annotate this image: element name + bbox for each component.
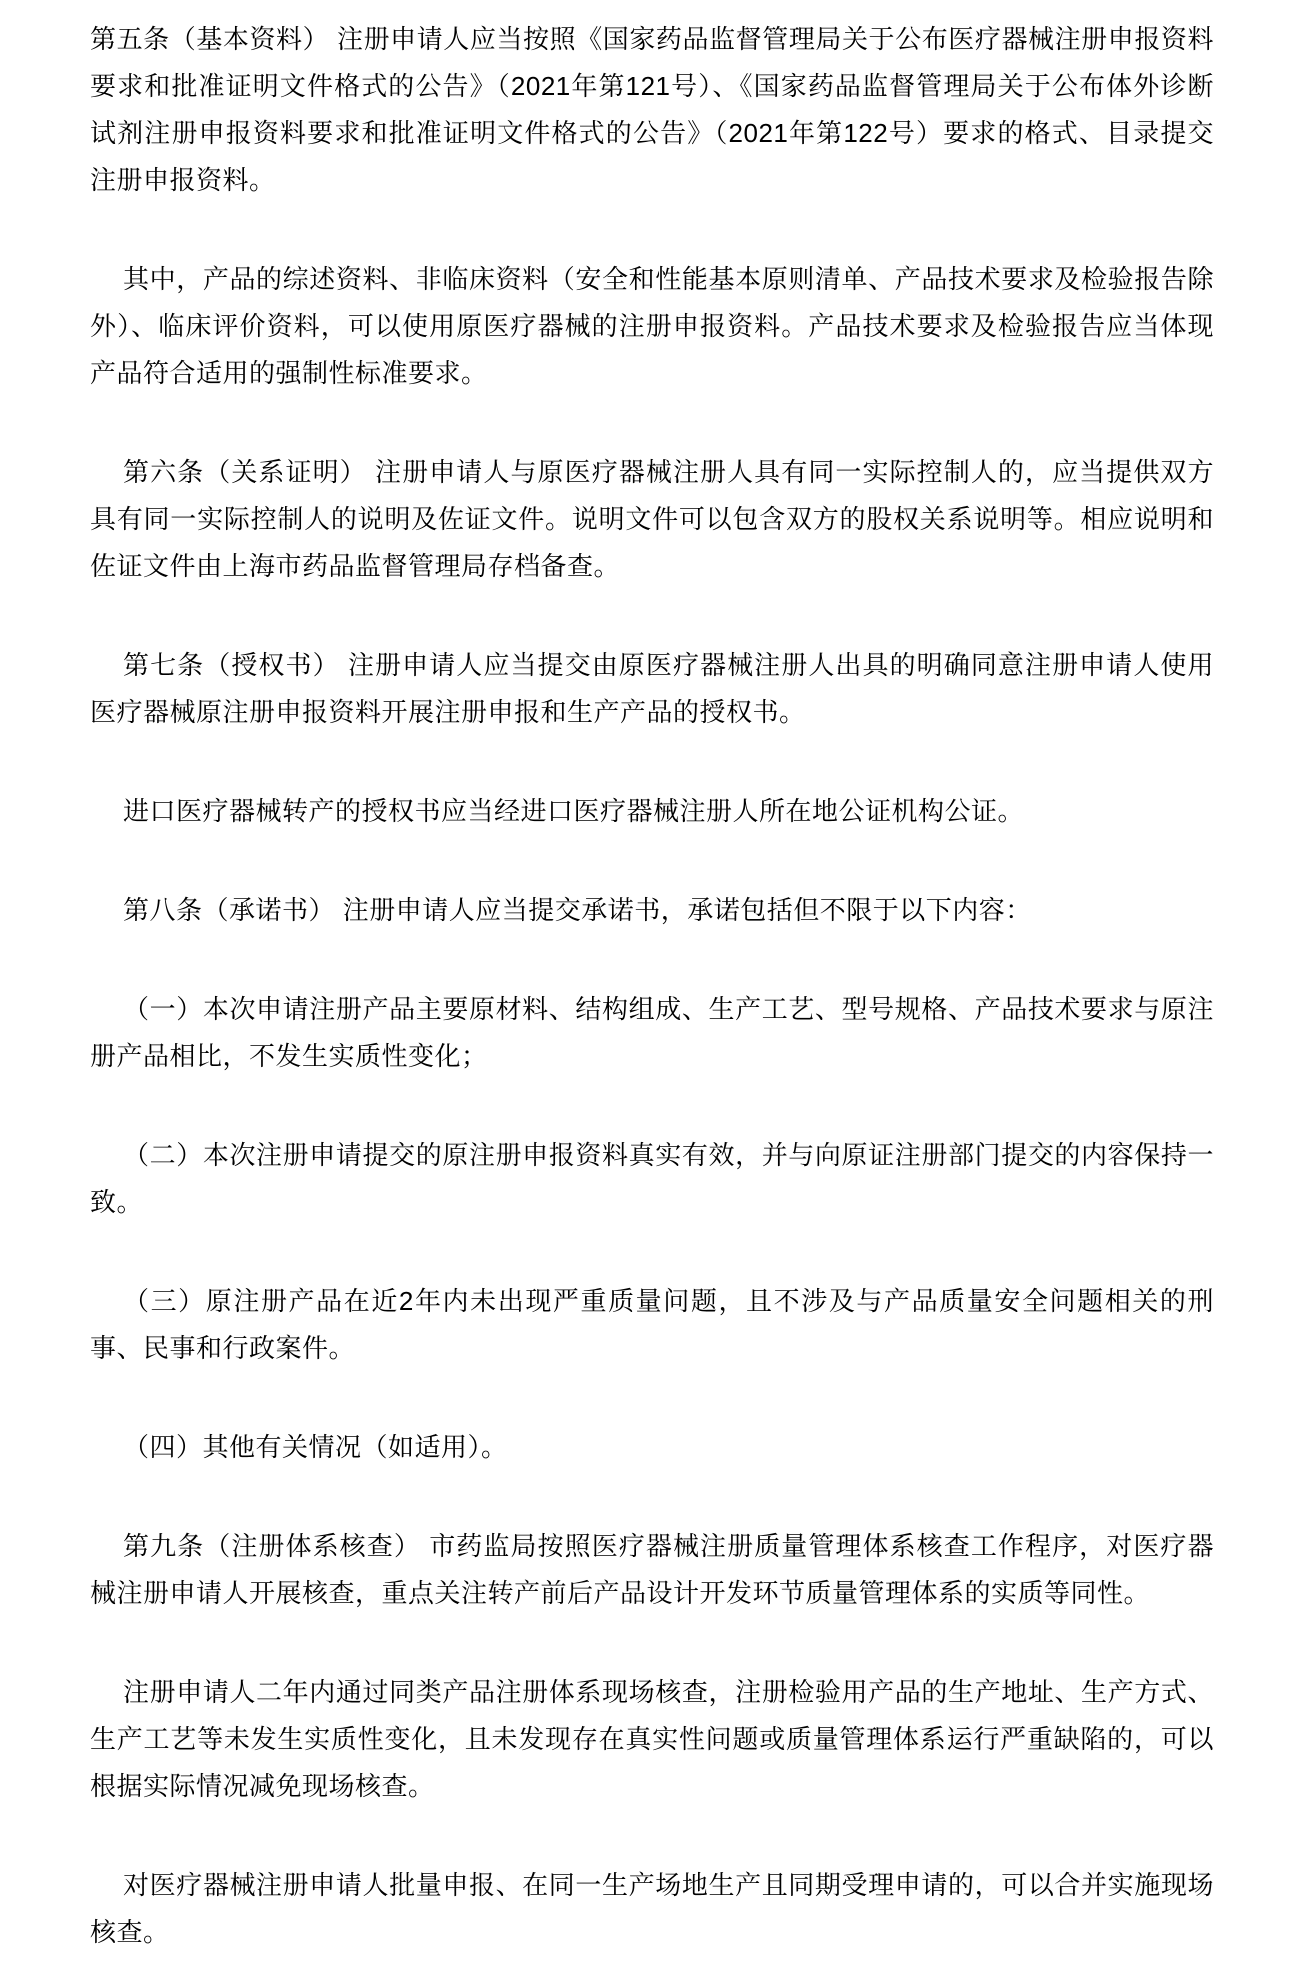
document-page: 第五条（基本资料） 注册申请人应当按照《国家药品监督管理局关于公布医疗器械注册申… (0, 0, 1300, 1976)
paragraph-article-8-clause-4: （四）其他有关情况（如适用）。 (90, 1424, 1214, 1471)
paragraph-article-8-clause-1: （一）本次申请注册产品主要原材料、结构组成、生产工艺、型号规格、产品技术要求与原… (90, 986, 1214, 1080)
paragraph-article-8: 第八条（承诺书） 注册申请人应当提交承诺书，承诺包括但不限于以下内容： (90, 887, 1214, 934)
paragraph-article-9-merge: 对医疗器械注册申请人批量申报、在同一生产场地生产且同期受理申请的，可以合并实施现… (90, 1862, 1214, 1956)
paragraph-article-7-import: 进口医疗器械转产的授权书应当经进口医疗器械注册人所在地公证机构公证。 (90, 788, 1214, 835)
paragraph-article-7: 第七条（授权书） 注册申请人应当提交由原医疗器械注册人出具的明确同意注册申请人使… (90, 642, 1214, 736)
paragraph-article-9: 第九条（注册体系核查） 市药监局按照医疗器械注册质量管理体系核查工作程序，对医疗… (90, 1523, 1214, 1617)
paragraph-article-6: 第六条（关系证明） 注册申请人与原医疗器械注册人具有同一实际控制人的，应当提供双… (90, 449, 1214, 590)
paragraph-article-8-clause-3: （三）原注册产品在近2年内未出现严重质量问题，且不涉及与产品质量安全问题相关的刑… (90, 1278, 1214, 1372)
paragraph-article-9-exemption: 注册申请人二年内通过同类产品注册体系现场核查，注册检验用产品的生产地址、生产方式… (90, 1669, 1214, 1810)
paragraph-article-8-clause-2: （二）本次注册申请提交的原注册申报资料真实有效，并与向原证注册部门提交的内容保持… (90, 1132, 1214, 1226)
paragraph-article-5: 第五条（基本资料） 注册申请人应当按照《国家药品监督管理局关于公布医疗器械注册申… (90, 16, 1214, 204)
paragraph-article-5-note: 其中，产品的综述资料、非临床资料（安全和性能基本原则清单、产品技术要求及检验报告… (90, 256, 1214, 397)
